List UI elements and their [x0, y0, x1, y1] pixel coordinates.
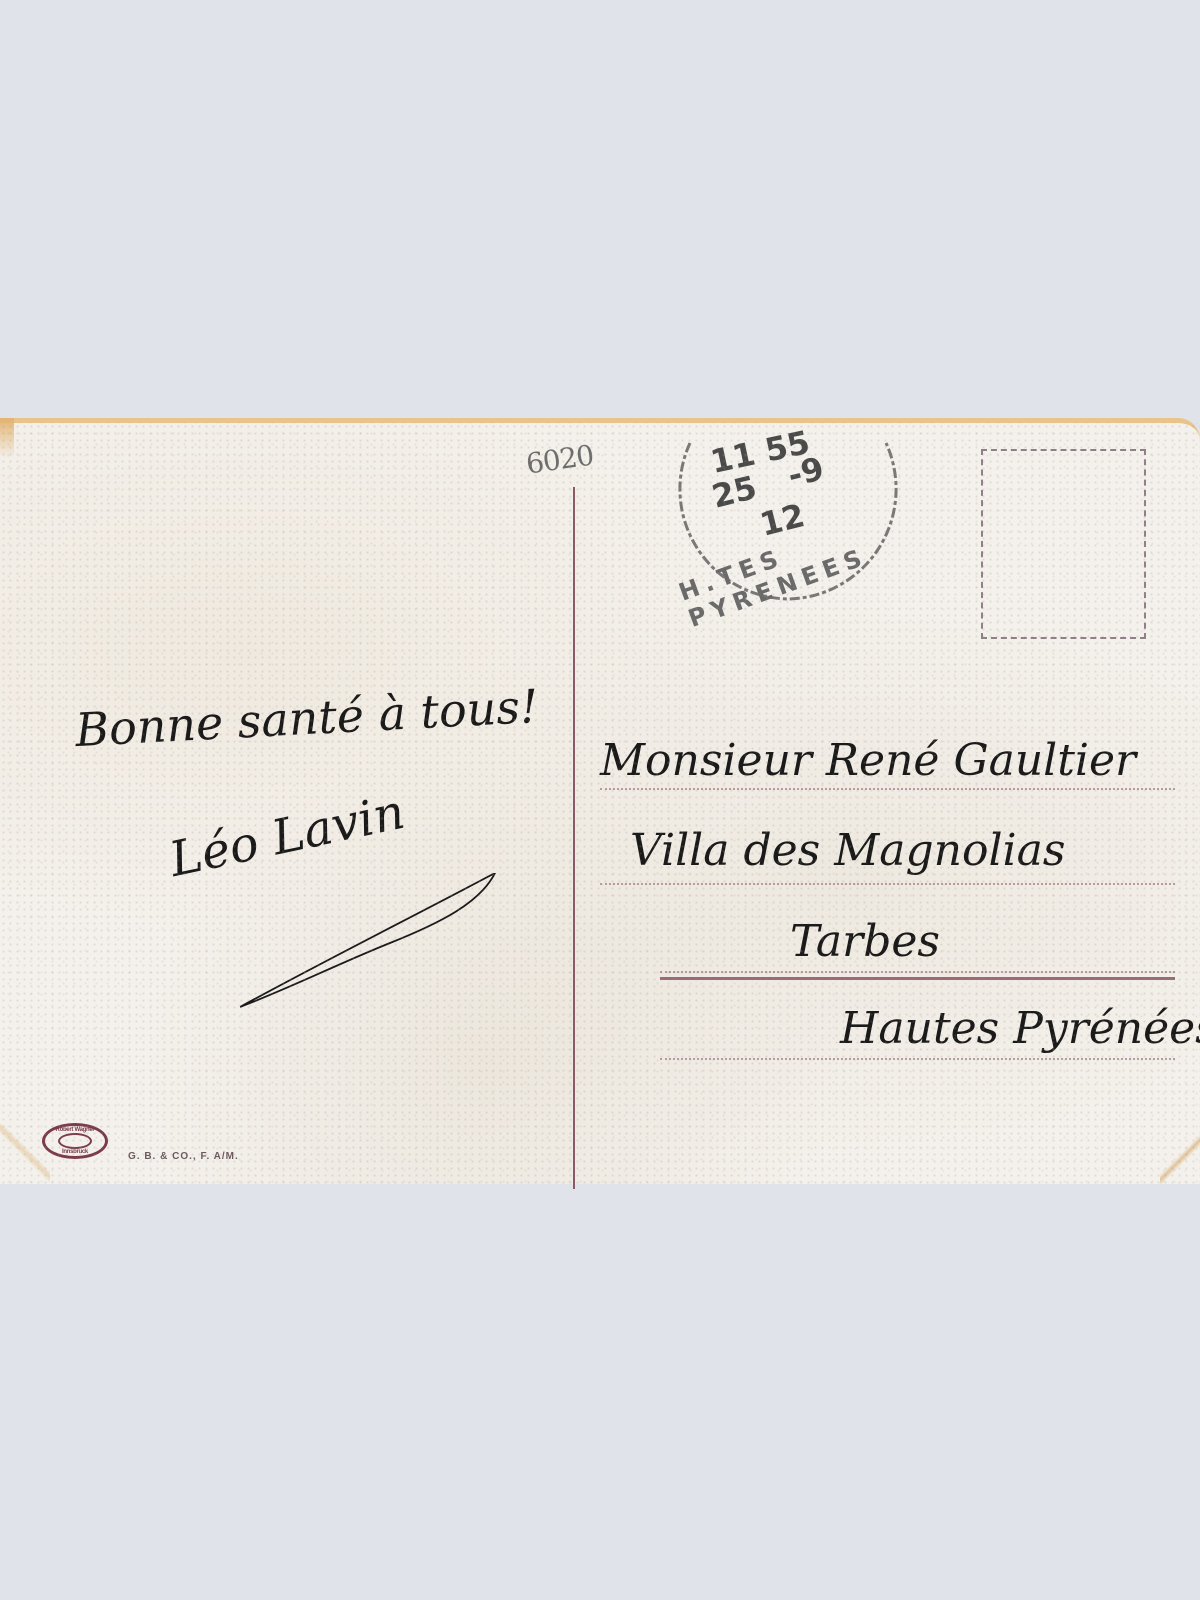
address-line-2 — [600, 883, 1175, 885]
corner-wear — [1160, 1114, 1200, 1184]
address-line-3 — [660, 971, 1175, 973]
address-recipient: Monsieur René Gaultier — [600, 735, 1136, 786]
pencil-inventory-number: 6020 — [524, 438, 595, 480]
signature-flourish-icon — [240, 873, 520, 1013]
address-region: Hautes Pyrénées — [840, 1003, 1200, 1054]
stamp-placement-box — [981, 449, 1146, 639]
address-line-1 — [600, 788, 1175, 790]
publisher-oval-stamp: Robert Wagner Innsbruck — [42, 1123, 108, 1159]
address-city: Tarbes — [790, 916, 940, 967]
publisher-oval-top-text: Robert Wagner — [56, 1127, 95, 1133]
publisher-oval-bottom-text: Innsbruck — [62, 1149, 88, 1155]
address-line-4 — [660, 1058, 1175, 1060]
oval-inner-ring-icon — [58, 1133, 92, 1149]
address-line-3-solid — [660, 977, 1175, 980]
corner-wear — [0, 1124, 50, 1184]
message-greeting: Bonne santé à tous! — [74, 679, 540, 757]
corner-wear — [0, 418, 14, 458]
postcard-back: 6020 11 55 25 -9 12 H.TES PYRENEES Bonne… — [0, 418, 1200, 1184]
address-street: Villa des Magnolias — [630, 825, 1065, 876]
publisher-imprint: G. B. & CO., F. A/M. — [128, 1151, 239, 1162]
center-divider-line — [573, 487, 575, 1189]
postmark-cancellation: 11 55 25 -9 12 H.TES PYRENEES — [668, 423, 898, 601]
